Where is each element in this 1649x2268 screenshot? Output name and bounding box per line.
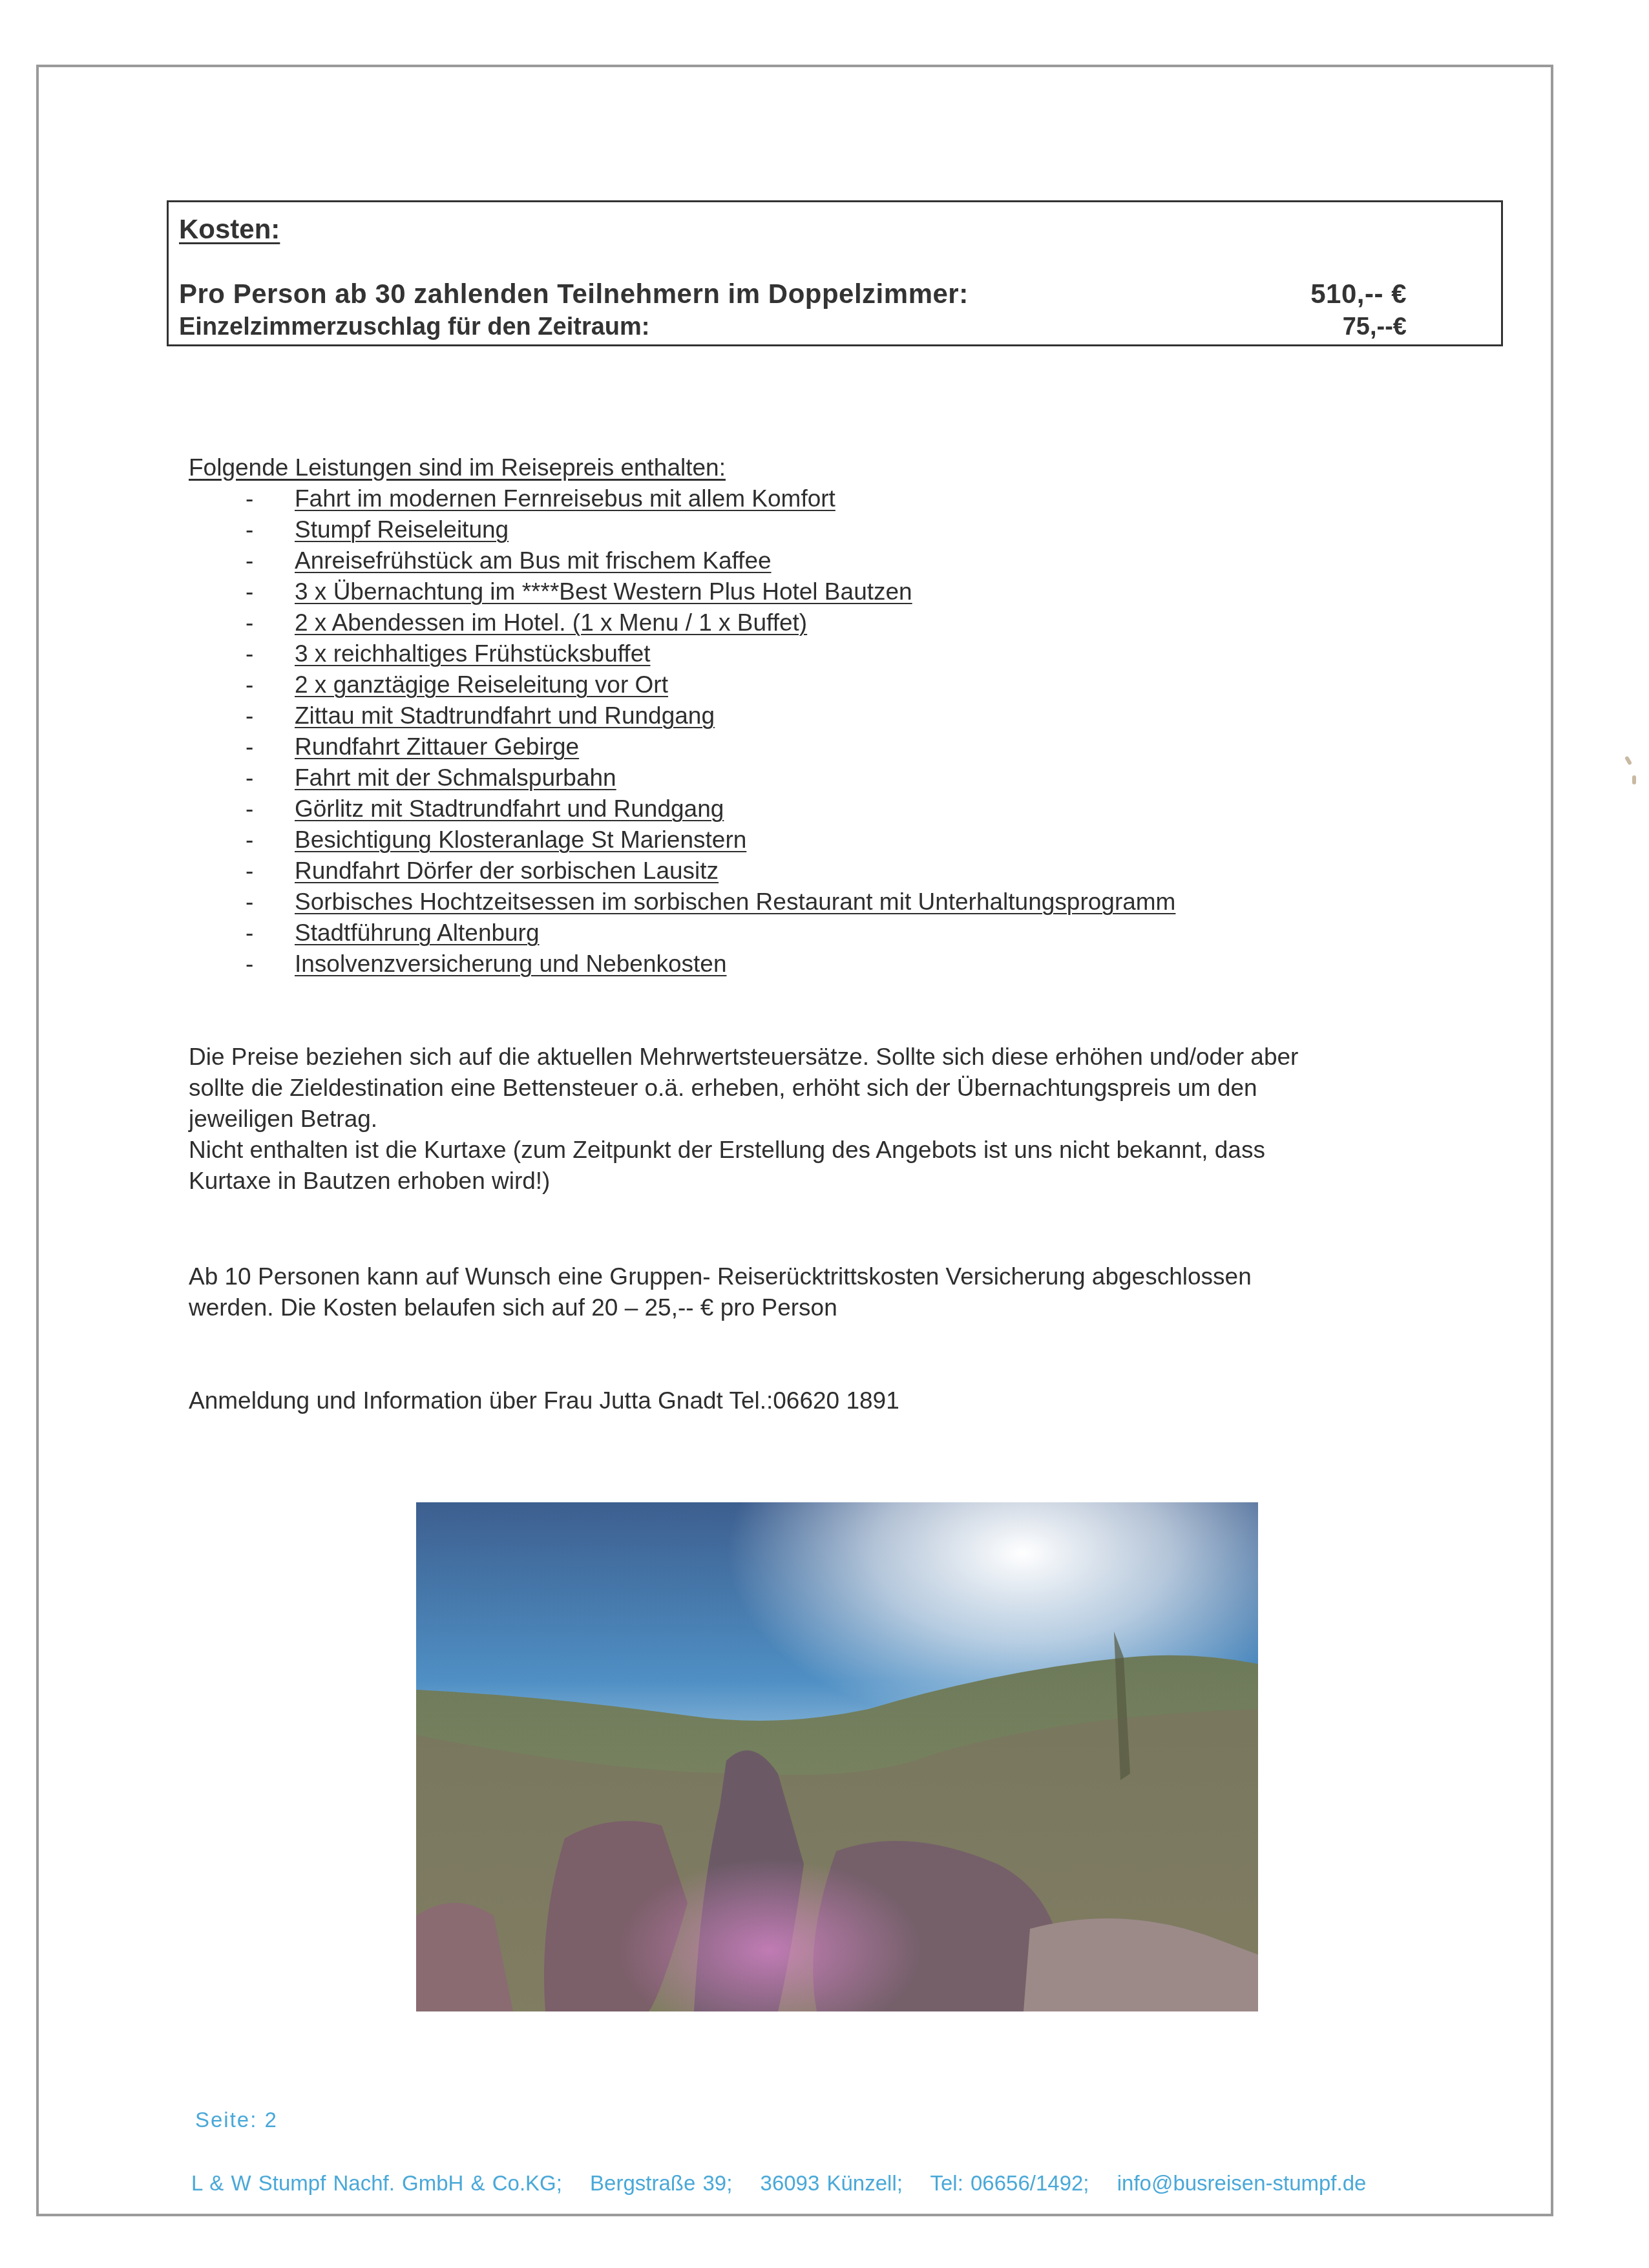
- included-item: -Fahrt mit der Schmalspurbahn: [189, 762, 1175, 793]
- included-item: -3 x Übernachtung im ****Best Western Pl…: [189, 576, 1175, 607]
- cost-box: Kosten: Pro Person ab 30 zahlenden Teiln…: [167, 200, 1503, 346]
- bullet-dash: -: [246, 762, 253, 793]
- footer-city: 36093 Künzell;: [761, 2171, 903, 2195]
- vat-note-line: Nicht enthalten ist die Kurtaxe (zum Zei…: [189, 1135, 1494, 1166]
- included-item-text: Fahrt mit der Schmalspurbahn: [295, 764, 616, 791]
- included-item: -Fahrt im modernen Fernreisebus mit alle…: [189, 483, 1175, 514]
- included-item: -2 x ganztägige Reiseleitung vor Ort: [189, 669, 1175, 700]
- included-item-text: 3 x reichhaltiges Frühstücksbuffet: [295, 640, 650, 667]
- bullet-dash: -: [246, 918, 253, 949]
- included-item-text: Rundfahrt Dörfer der sorbischen Lausitz: [295, 857, 719, 884]
- included-item: -3 x reichhaltiges Frühstücksbuffet: [189, 638, 1175, 669]
- vat-note-line: sollte die Zieldestination eine Bettenst…: [189, 1073, 1494, 1104]
- insurance-note-line: Ab 10 Personen kann auf Wunsch eine Grup…: [189, 1261, 1494, 1292]
- insurance-note-line: werden. Die Kosten belaufen sich auf 20 …: [189, 1292, 1494, 1323]
- included-item: -Rundfahrt Dörfer der sorbischen Lausitz: [189, 856, 1175, 887]
- bullet-dash: -: [246, 793, 253, 824]
- included-item: -Sorbisches Hochtzeitsessen im sorbische…: [189, 887, 1175, 918]
- scan-artifact: [1632, 775, 1636, 784]
- included-item: -Stumpf Reiseleitung: [189, 514, 1175, 545]
- vat-note-line: Kurtaxe in Bautzen erhoben wird!): [189, 1166, 1494, 1197]
- bullet-dash: -: [246, 483, 253, 514]
- bullet-dash: -: [246, 638, 253, 669]
- vat-note-line: Die Preise beziehen sich auf die aktuell…: [189, 1042, 1494, 1073]
- cost-label: Pro Person ab 30 zahlenden Teilnehmern i…: [179, 278, 969, 310]
- included-item-text: Insolvenzversicherung und Nebenkosten: [295, 950, 726, 977]
- included-item: -Insolvenzversicherung und Nebenkosten: [189, 949, 1175, 980]
- included-item-text: 2 x ganztägige Reiseleitung vor Ort: [295, 671, 668, 698]
- footer-company: L & W Stumpf Nachf. GmbH & Co.KG;: [191, 2171, 562, 2195]
- landscape-photo: [416, 1502, 1258, 2011]
- included-item: -2 x Abendessen im Hotel. (1 x Menu / 1 …: [189, 607, 1175, 638]
- included-item: -Görlitz mit Stadtrundfahrt und Rundgang: [189, 793, 1175, 824]
- vat-note-line: jeweiligen Betrag.: [189, 1104, 1494, 1135]
- footer-email[interactable]: info@busreisen-stumpf.de: [1117, 2171, 1367, 2195]
- bullet-dash: -: [246, 949, 253, 980]
- included-item-text: Stumpf Reiseleitung: [295, 516, 509, 543]
- bullet-dash: -: [246, 514, 253, 545]
- included-item-text: Fahrt im modernen Fernreisebus mit allem…: [295, 485, 835, 512]
- bullet-dash: -: [246, 607, 253, 638]
- scan-artifact: [1624, 755, 1632, 765]
- included-item-text: 2 x Abendessen im Hotel. (1 x Menu / 1 x…: [295, 609, 807, 636]
- insurance-note: Ab 10 Personen kann auf Wunsch eine Grup…: [189, 1261, 1494, 1323]
- cost-price: 75,--€: [1343, 313, 1407, 341]
- included-item: -Zittau mit Stadtrundfahrt und Rundgang: [189, 700, 1175, 731]
- included-item-text: 3 x Übernachtung im ****Best Western Plu…: [295, 578, 912, 605]
- included-item: -Besichtigung Klosteranlage St Marienste…: [189, 824, 1175, 856]
- bullet-dash: -: [246, 856, 253, 887]
- cost-label: Einzelzimmerzuschlag für den Zeitraum:: [179, 313, 649, 341]
- included-item-text: Anreisefrühstück am Bus mit frischem Kaf…: [295, 547, 772, 574]
- company-footer: L & W Stumpf Nachf. GmbH & Co.KG; Bergst…: [191, 2171, 1387, 2196]
- bullet-dash: -: [246, 824, 253, 856]
- bullet-dash: -: [246, 669, 253, 700]
- bullet-dash: -: [246, 545, 253, 576]
- bullet-dash: -: [246, 887, 253, 918]
- footer-phone: Tel: 06656/1492;: [930, 2171, 1089, 2195]
- included-item-text: Zittau mit Stadtrundfahrt und Rundgang: [295, 702, 715, 729]
- included-item: -Stadtführung Altenburg: [189, 918, 1175, 949]
- page-number: Seite: 2: [195, 2108, 278, 2132]
- included-item: -Anreisefrühstück am Bus mit frischem Ka…: [189, 545, 1175, 576]
- bullet-dash: -: [246, 700, 253, 731]
- included-heading: Folgende Leistungen sind im Reisepreis e…: [189, 452, 1175, 483]
- included-item-text: Sorbisches Hochtzeitsessen im sorbischen…: [295, 888, 1175, 915]
- footer-street: Bergstraße 39;: [590, 2171, 732, 2195]
- contact-note: Anmeldung und Information über Frau Jutt…: [189, 1385, 1494, 1416]
- included-item-text: Besichtigung Klosteranlage St Marienster…: [295, 826, 746, 853]
- included-item: -Rundfahrt Zittauer Gebirge: [189, 731, 1175, 762]
- bullet-dash: -: [246, 731, 253, 762]
- cost-price: 510,-- €: [1310, 278, 1407, 310]
- bullet-dash: -: [246, 576, 253, 607]
- included-item-text: Görlitz mit Stadtrundfahrt und Rundgang: [295, 795, 724, 822]
- included-item-text: Rundfahrt Zittauer Gebirge: [295, 733, 579, 760]
- vat-note: Die Preise beziehen sich auf die aktuell…: [189, 1042, 1494, 1197]
- included-list: -Fahrt im modernen Fernreisebus mit alle…: [189, 483, 1175, 980]
- included-item-text: Stadtführung Altenburg: [295, 919, 540, 946]
- cost-title: Kosten:: [179, 214, 280, 245]
- included-services: Folgende Leistungen sind im Reisepreis e…: [189, 452, 1175, 980]
